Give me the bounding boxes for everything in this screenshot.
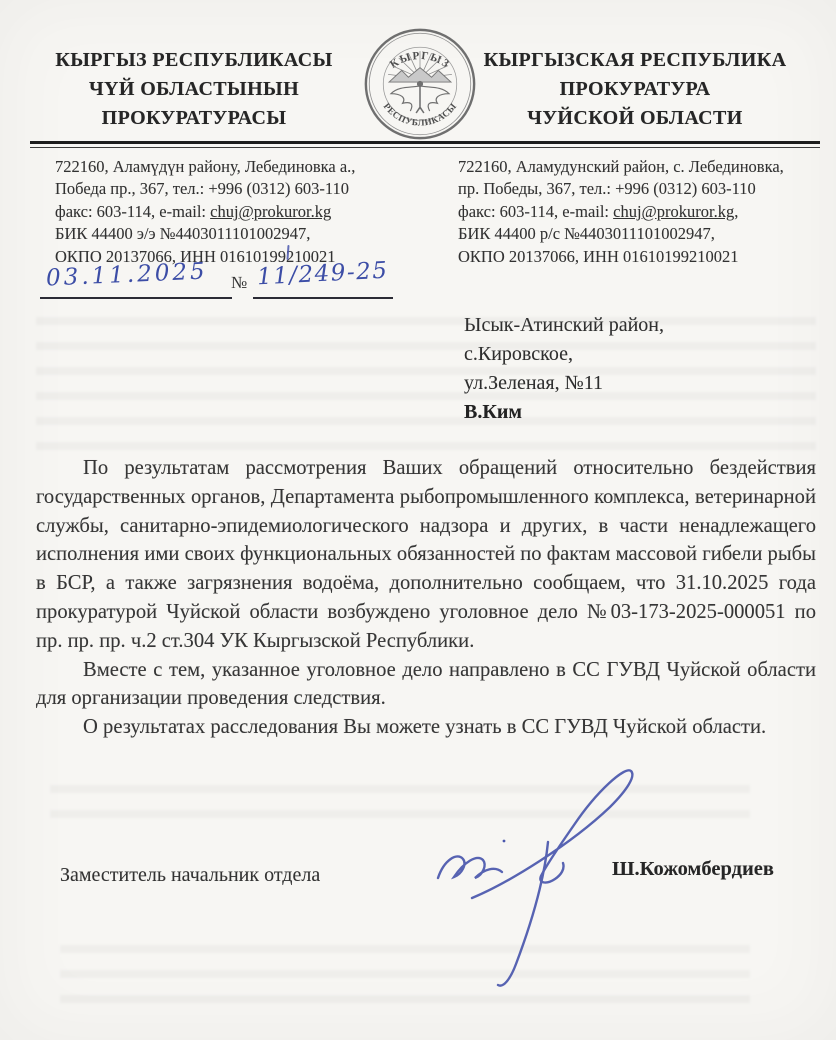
recipient-line: с.Кировское, (464, 340, 664, 369)
number-sign: № (231, 273, 247, 293)
signer-position-title: Заместитель начальник отдела (60, 864, 320, 887)
recipient-block: Ысык-Атинский район, с.Кировское, ул.Зел… (464, 311, 664, 427)
contact-line: ОКПО 20137066, ИНН 01610199210021 (458, 246, 826, 268)
email-text: chuj@prokuror.kg (210, 202, 331, 221)
contact-line: пр. Победы, 367, тел.: +996 (0312) 603-1… (458, 178, 826, 200)
body-paragraph: Вместе с тем, указанное уголовное дело н… (36, 656, 816, 714)
contact-line: 722160, Аламудунский район, с. Лебединов… (458, 156, 826, 178)
letterhead-title-kyrgyz: КЫРГЫЗ РЕСПУБЛИКАСЫ ЧҮЙ ОБЛАСТЫНЫН ПРОКУ… (44, 46, 344, 133)
contact-line: Победа пр., 367, тел.: +996 (0312) 603-1… (55, 178, 450, 200)
contact-line: 722160, Аламүдүн району, Лебединовка а., (55, 156, 450, 178)
emblem-mountains-icon (389, 68, 451, 83)
contact-line: БИК 44400 р/с №4403011101002947, (458, 223, 826, 245)
header-divider (30, 141, 820, 148)
handwritten-date: 03.11.2025 (46, 258, 209, 291)
emblem-eagle-icon (391, 81, 449, 113)
number-underline (253, 297, 393, 299)
recipient-name: В.Ким (464, 398, 664, 427)
body-paragraph: О результатах расследования Вы можете уз… (36, 713, 816, 742)
recipient-line: Ысык-Атинский район, (464, 311, 664, 340)
letterhead-title-russian: КЫРГЫЗСКАЯ РЕСПУБЛИКА ПРОКУРАТУРА ЧУЙСКО… (450, 46, 820, 133)
contact-block-kyrgyz: 722160, Аламүдүн району, Лебединовка а.,… (55, 156, 450, 268)
email-label: факс: 603-114, e-mail: (458, 202, 613, 221)
handwritten-number: 11/249-25 (256, 258, 389, 291)
email-suffix: , (734, 202, 738, 221)
email-label: факс: 603-114, e-mail: (55, 202, 210, 221)
title-line: ПРОКУРАТУРАСЫ (44, 104, 344, 133)
title-line: ЧҮЙ ОБЛАСТЫНЫН (44, 75, 344, 104)
title-line: ЧУЙСКОЙ ОБЛАСТИ (450, 104, 820, 133)
scanned-letter-page: КЫРГЫЗ РЕСПУБЛИКАСЫ ЧҮЙ ОБЛАСТЫНЫН ПРОКУ… (0, 0, 836, 1040)
contact-block-russian: 722160, Аламудунский район, с. Лебединов… (458, 156, 826, 268)
recipient-line: ул.Зеленая, №11 (464, 369, 664, 398)
contact-line: факс: 603-114, e-mail: chuj@prokuror.kg, (458, 201, 826, 223)
date-underline (40, 297, 232, 299)
contact-line: БИК 44400 э/э №4403011101002947, (55, 223, 450, 245)
handwritten-signature (420, 742, 660, 1012)
title-line: КЫРГЫЗ РЕСПУБЛИКАСЫ (44, 46, 344, 75)
title-line: КЫРГЫЗСКАЯ РЕСПУБЛИКА (450, 46, 820, 75)
scan-bleedthrough (36, 300, 816, 450)
email-text: chuj@prokuror.kg (613, 202, 734, 221)
letter-body: По результатам рассмотрения Ваших обраще… (36, 454, 816, 742)
body-paragraph: По результатам рассмотрения Ваших обраще… (36, 454, 816, 656)
title-line: ПРОКУРАТУРА (450, 75, 820, 104)
contact-line: факс: 603-114, e-mail: chuj@prokuror.kg (55, 201, 450, 223)
